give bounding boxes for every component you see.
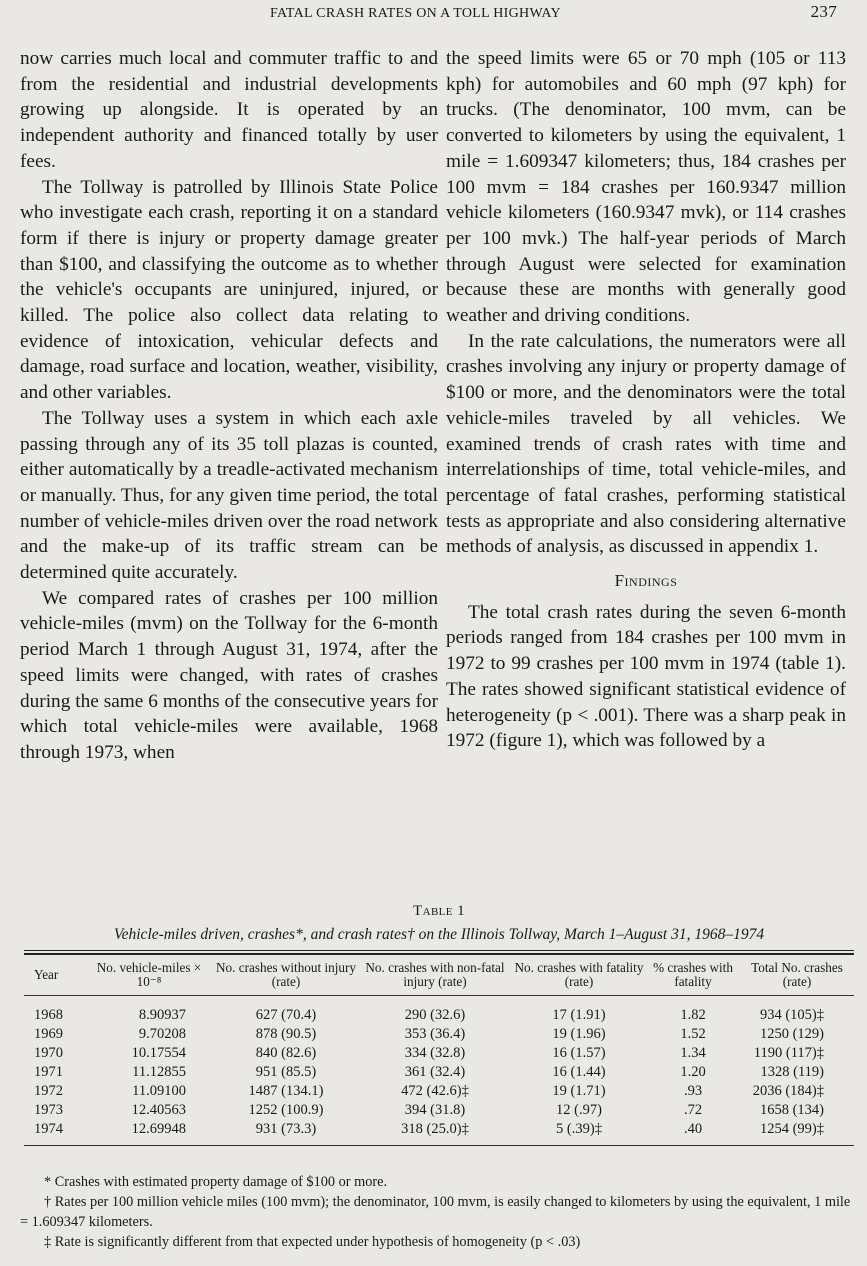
cell: .93 [646, 1082, 740, 1101]
left-column: now carries much local and commuter traf… [20, 46, 438, 766]
right-column: the speed limits were 65 or 70 mph (105 … [446, 46, 846, 754]
table-row: 1972 11.09100 1487 (134.1) 472 (42.6)‡ 1… [24, 1082, 854, 1101]
page-number: 237 [811, 2, 837, 22]
cell: 19 (1.96) [512, 1025, 646, 1044]
cell: 1254 (99)‡ [740, 1120, 854, 1146]
cell: 840 (82.6) [214, 1044, 358, 1063]
cell: 11.09100 [84, 1082, 214, 1101]
cell: 318 (25.0)‡ [358, 1120, 512, 1146]
paragraph: In the rate calculations, the numerators… [446, 329, 846, 560]
cell: 1252 (100.9) [214, 1101, 358, 1120]
cell: 1971 [24, 1063, 84, 1082]
cell: 16 (1.44) [512, 1063, 646, 1082]
paragraph: now carries much local and commuter traf… [20, 46, 438, 175]
cell: 934 (105)‡ [740, 996, 854, 1026]
cell: 1328 (119) [740, 1063, 854, 1082]
cell: 19 (1.71) [512, 1082, 646, 1101]
cell: 2036 (184)‡ [740, 1082, 854, 1101]
cell: 394 (31.8) [358, 1101, 512, 1120]
cell: 1974 [24, 1120, 84, 1146]
paragraph: The total crash rates during the seven 6… [446, 600, 846, 754]
cell: 1.52 [646, 1025, 740, 1044]
header-row: Year No. vehicle-miles × 10⁻⁸ No. crashe… [24, 955, 854, 996]
cell: 9.70208 [84, 1025, 214, 1044]
cell: 1.34 [646, 1044, 740, 1063]
cell: 10.17554 [84, 1044, 214, 1063]
cell: 12.69948 [84, 1120, 214, 1146]
running-title: FATAL CRASH RATES ON A TOLL HIGHWAY [270, 6, 561, 22]
data-table: Year No. vehicle-miles × 10⁻⁸ No. crashe… [24, 955, 854, 1146]
cell: 1487 (134.1) [214, 1082, 358, 1101]
section-heading-findings: Findings [446, 568, 846, 594]
cell: 17 (1.91) [512, 996, 646, 1026]
footnote: ‡ Rate is significantly different from t… [20, 1232, 860, 1252]
table-row: 1974 12.69948 931 (73.3) 318 (25.0)‡ 5 (… [24, 1120, 854, 1146]
cell: 1.20 [646, 1063, 740, 1082]
column-header: % crashes with fatality [646, 955, 740, 996]
cell: 1658 (134) [740, 1101, 854, 1120]
table-row: 1969 9.70208 878 (90.5) 353 (36.4) 19 (1… [24, 1025, 854, 1044]
cell: 1972 [24, 1082, 84, 1101]
table-row: 1971 11.12855 951 (85.5) 361 (32.4) 16 (… [24, 1063, 854, 1082]
cell: 5 (.39)‡ [512, 1120, 646, 1146]
footnote: † Rates per 100 million vehicle miles (1… [20, 1192, 860, 1232]
paragraph: We compared rates of crashes per 100 mil… [20, 586, 438, 766]
column-header: No. crashes without injury (rate) [214, 955, 358, 996]
column-header: Year [24, 955, 84, 996]
table-footnotes: * Crashes with estimated property damage… [20, 1172, 860, 1252]
cell: 472 (42.6)‡ [358, 1082, 512, 1101]
cell: 1970 [24, 1044, 84, 1063]
column-header: Total No. crashes (rate) [740, 955, 854, 996]
cell: .72 [646, 1101, 740, 1120]
cell: 1969 [24, 1025, 84, 1044]
table-row: 1970 10.17554 840 (82.6) 334 (32.8) 16 (… [24, 1044, 854, 1063]
cell: 1968 [24, 996, 84, 1026]
paragraph: The Tollway uses a system in which each … [20, 406, 438, 586]
paragraph: the speed limits were 65 or 70 mph (105 … [446, 46, 846, 329]
column-header: No. vehicle-miles × 10⁻⁸ [84, 955, 214, 996]
cell: 16 (1.57) [512, 1044, 646, 1063]
table-caption: Vehicle-miles driven, crashes*, and cras… [24, 926, 854, 944]
cell: 627 (70.4) [214, 996, 358, 1026]
cell: 353 (36.4) [358, 1025, 512, 1044]
cell: 931 (73.3) [214, 1120, 358, 1146]
paragraph: The Tollway is patrolled by Illinois Sta… [20, 175, 438, 406]
cell: 290 (32.6) [358, 996, 512, 1026]
cell: 951 (85.5) [214, 1063, 358, 1082]
table-row: 1968 8.90937 627 (70.4) 290 (32.6) 17 (1… [24, 996, 854, 1026]
table-1: Table 1 Vehicle-miles driven, crashes*, … [24, 903, 854, 1146]
running-head: FATAL CRASH RATES ON A TOLL HIGHWAY 237 [0, 4, 867, 26]
cell: 8.90937 [84, 996, 214, 1026]
cell: .40 [646, 1120, 740, 1146]
cell: 361 (32.4) [358, 1063, 512, 1082]
column-header: No. crashes with non-fatal injury (rate) [358, 955, 512, 996]
table-row: 1973 12.40563 1252 (100.9) 394 (31.8) 12… [24, 1101, 854, 1120]
cell: 1190 (117)‡ [740, 1044, 854, 1063]
cell: 1250 (129) [740, 1025, 854, 1044]
cell: 12 (.97) [512, 1101, 646, 1120]
column-header: No. crashes with fatality (rate) [512, 955, 646, 996]
cell: 334 (32.8) [358, 1044, 512, 1063]
cell: 12.40563 [84, 1101, 214, 1120]
cell: 1.82 [646, 996, 740, 1026]
footnote: * Crashes with estimated property damage… [20, 1172, 860, 1192]
table-label: Table 1 [24, 903, 854, 920]
cell: 11.12855 [84, 1063, 214, 1082]
cell: 1973 [24, 1101, 84, 1120]
cell: 878 (90.5) [214, 1025, 358, 1044]
